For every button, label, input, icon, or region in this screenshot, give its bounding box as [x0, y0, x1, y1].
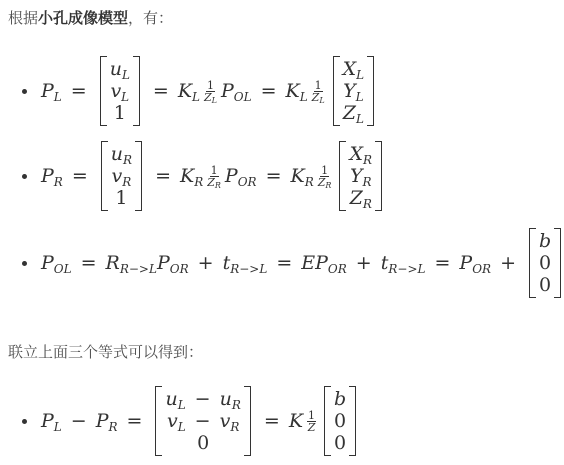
equation-3: POL = RR−>L POR + tR−>L = EPOR + tR−>L =… — [22, 228, 564, 298]
translation: tR−>L — [223, 252, 268, 274]
plus: + — [356, 252, 372, 274]
k-matrix: KL — [286, 80, 308, 102]
equals: = — [71, 80, 87, 102]
plus: + — [198, 252, 214, 274]
lhs: POL — [41, 252, 72, 274]
intro-text: 根据小孔成像模型，有： — [8, 8, 173, 28]
equals: = — [276, 252, 292, 274]
plus: + — [500, 252, 516, 274]
bullet-icon — [22, 174, 27, 179]
fraction: 1Z — [307, 410, 316, 433]
equation-4: PL − PR = uL−uR vL−vR 0 = K 1Z b 0 0 — [22, 386, 360, 456]
world-point-vector: XR YR ZR — [339, 141, 382, 211]
equals: = — [434, 252, 450, 274]
equals: = — [264, 410, 280, 432]
middle-text: 联立上面三个等式可以得到： — [8, 342, 203, 362]
rotation: RR−>L — [106, 252, 157, 274]
world-point-vector: XL YL ZL — [333, 56, 375, 126]
fraction: 1ZL — [312, 80, 325, 103]
fraction: 1ZL — [204, 80, 217, 103]
equation-1: PL = uL vL 1 = KL 1ZL POL = KL 1ZL XL YL… — [22, 56, 378, 126]
image-point-vector: uR vR 1 — [101, 141, 142, 211]
lhs: PL — [41, 80, 62, 102]
baseline-vector: b 0 0 — [324, 386, 356, 456]
bullet-icon — [22, 261, 27, 266]
equals: = — [155, 165, 171, 187]
object-point: POR — [225, 165, 257, 187]
k-matrix: KR — [291, 165, 314, 187]
equation-2: PR = uR vR 1 = KR 1ZR POR = KR 1ZR XR YR… — [22, 141, 386, 211]
equals: = — [266, 165, 282, 187]
baseline-vector: b 0 0 — [529, 228, 561, 298]
object-point: POR — [157, 252, 189, 274]
k-matrix: KR — [180, 165, 203, 187]
intro-bold-term: 小孔成像模型 — [38, 9, 128, 27]
identity-times-point: EPOR — [301, 252, 347, 274]
bullet-icon — [22, 419, 27, 424]
bullet-icon — [22, 89, 27, 94]
image-point-vector: uL vL 1 — [100, 56, 140, 126]
object-point: POR — [459, 252, 491, 274]
disparity-vector: uL−uR vL−vR 0 — [155, 386, 250, 456]
equals: = — [72, 165, 88, 187]
intro-suffix: ，有： — [128, 9, 173, 27]
equals: = — [153, 80, 169, 102]
minus: − — [71, 410, 87, 432]
object-point: POL — [221, 80, 252, 102]
fraction: 1ZR — [207, 165, 221, 188]
equals: = — [127, 410, 143, 432]
translation: tR−>L — [381, 252, 426, 274]
lhs-b: PR — [96, 410, 118, 432]
equals: = — [261, 80, 277, 102]
intro-prefix: 根据 — [8, 9, 38, 27]
fraction: 1ZR — [318, 165, 332, 188]
k-matrix: K — [289, 410, 303, 432]
equals: = — [81, 252, 97, 274]
lhs: PR — [41, 165, 63, 187]
k-matrix: KL — [178, 80, 200, 102]
lhs-a: PL — [41, 410, 62, 432]
